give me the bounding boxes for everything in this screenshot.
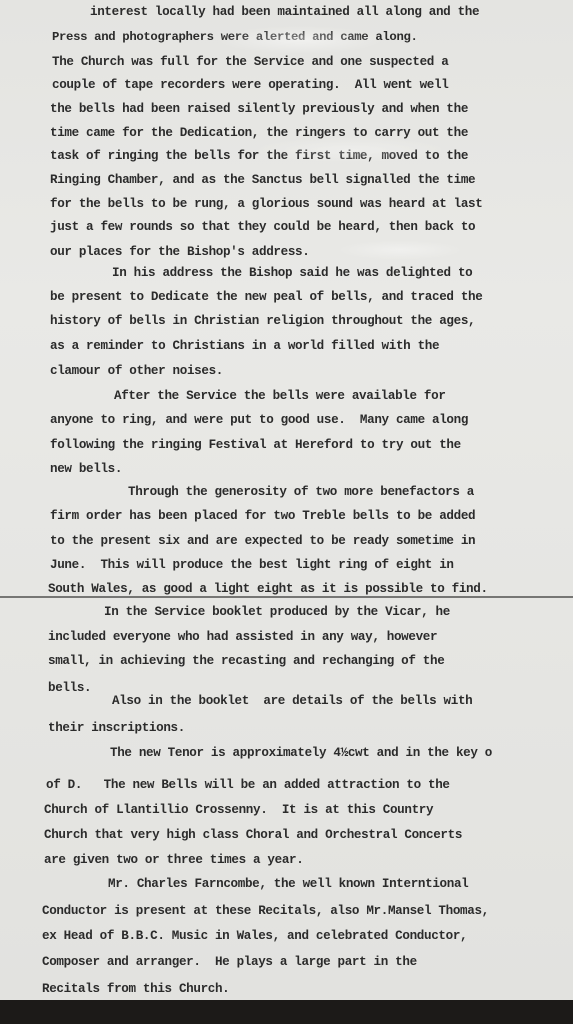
text-line: After the Service the bells were availab… [114, 389, 446, 403]
text-line: included everyone who had assisted in an… [48, 630, 437, 644]
text-line: to the present six and are expected to b… [50, 534, 475, 548]
text-line: In his address the Bishop said he was de… [112, 266, 472, 280]
text-line: Recitals from this Church. [42, 982, 229, 996]
text-line: the bells had been raised silently previ… [50, 102, 468, 116]
text-line: of D. The new Bells will be an added att… [46, 778, 450, 792]
text-line: June. This will produce the best light r… [50, 558, 454, 572]
text-line: Church that very high class Choral and O… [44, 828, 462, 842]
text-line: interest locally had been maintained all… [90, 5, 479, 19]
text-line: bells. [48, 681, 91, 695]
text-line: Conductor is present at these Recitals, … [42, 904, 489, 918]
text-line: just a few rounds so that they could be … [50, 220, 475, 234]
text-line: Mr. Charles Farncombe, the well known In… [108, 877, 468, 891]
text-line: history of bells in Christian religion t… [50, 314, 475, 328]
text-line: In the Service booklet produced by the V… [104, 605, 450, 619]
text-line: Through the generosity of two more benef… [128, 485, 474, 499]
text-line: time came for the Dedication, the ringer… [50, 126, 468, 140]
text-line: anyone to ring, and were put to good use… [50, 413, 468, 427]
text-line: clamour of other noises. [50, 364, 223, 378]
text-line: Composer and arranger. He plays a large … [42, 955, 417, 969]
text-line: South Wales, as good a light eight as it… [48, 582, 488, 596]
text-line: following the ringing Festival at Herefo… [50, 438, 461, 452]
text-line: small, in achieving the recasting and re… [48, 654, 444, 668]
text-line: new bells. [50, 462, 122, 476]
text-line: are given two or three times a year. [44, 853, 303, 867]
text-line: Church of Llantillio Crossenny. It is at… [44, 803, 433, 817]
paper-fold-line [0, 596, 573, 598]
text-line: firm order has been placed for two Trebl… [50, 509, 475, 523]
text-line: our places for the Bishop's address. [50, 245, 309, 259]
text-line: their inscriptions. [48, 721, 185, 735]
text-line: ex Head of B.B.C. Music in Wales, and ce… [42, 929, 467, 943]
text-line: The new Tenor is approximately 4½cwt and… [110, 746, 492, 760]
text-line: Press and photographers were alerted and… [52, 30, 418, 44]
dark-background-edge [0, 1000, 573, 1024]
text-line: as a reminder to Christians in a world f… [50, 339, 439, 353]
text-line: be present to Dedicate the new peal of b… [50, 290, 482, 304]
typed-page: interest locally had been maintained all… [0, 0, 573, 1000]
text-line: for the bells to be rung, a glorious sou… [50, 197, 482, 211]
text-line: task of ringing the bells for the first … [50, 149, 468, 163]
text-line: The Church was full for the Service and … [52, 55, 448, 69]
text-line: couple of tape recorders were operating.… [52, 78, 448, 92]
text-line: Also in the booklet are details of the b… [112, 694, 472, 708]
text-line: Ringing Chamber, and as the Sanctus bell… [50, 173, 475, 187]
